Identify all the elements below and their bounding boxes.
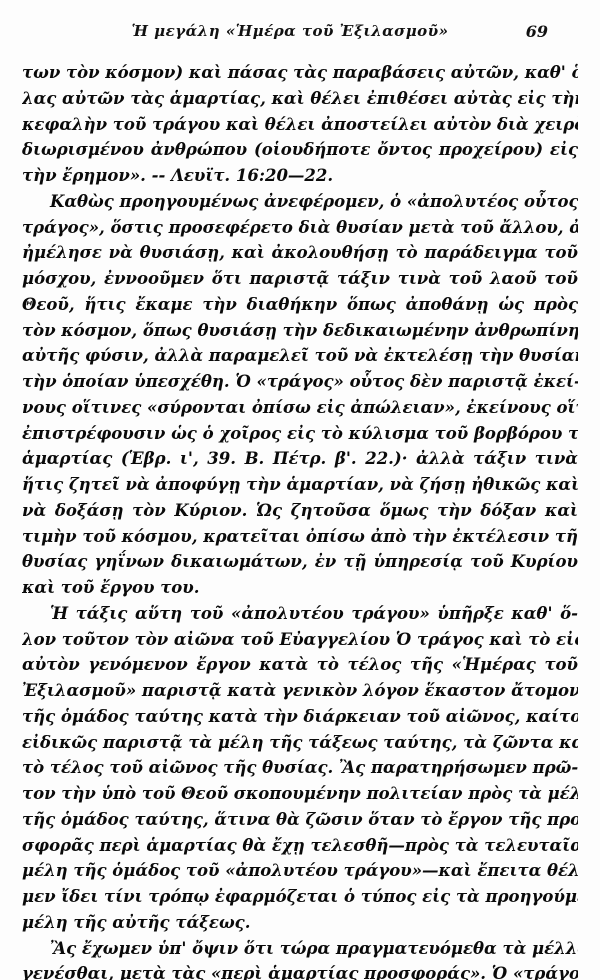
text-line: γενέσθαι, μετὰ τὰς «περὶ ἁμαρτίας προσφο… <box>22 961 578 980</box>
paragraph-start-line: Ἂς ἔχωμεν ὑπ' ὄψιν ὅτι τώρα πραγματευόμε… <box>22 936 578 962</box>
text-line: τον τὴν ὑπὸ τοῦ Θεοῦ σκοπουμένην πολιτεί… <box>22 781 578 807</box>
text-line: νους οἵτινες «σύρονται ὀπίσω εἰς ἀπώλεια… <box>22 395 578 421</box>
body-text: των τὸν κόσμον) καὶ πάσας τὰς παραβάσεις… <box>22 60 578 980</box>
text-line: τράγος», ὅστις προσεφέρετο διὰ θυσίαν με… <box>22 215 578 241</box>
text-line: σφορᾶς περὶ ἁμαρτίας θὰ ἔχῃ τελεσθῆ—πρὸς… <box>22 833 578 859</box>
page-header: Ἡ μεγάλη «Ἡμέρα τοῦ Ἐξιλασμοῦ» 69 <box>0 22 600 46</box>
text-line: τὸ τέλος τοῦ αἰῶνος τῆς θυσίας. Ἂς παρατ… <box>22 755 578 781</box>
text-line: τῆς ὁμάδος ταύτης κατὰ τὴν διάρκειαν τοῦ… <box>22 704 578 730</box>
text-line: τιμὴν τοῦ κόσμου, κρατεῖται ὀπίσω ἀπὸ τὴ… <box>22 524 578 550</box>
text-line: Θεοῦ, ἥτις ἔκαμε τὴν διαθήκην ὅπως ἀποθά… <box>22 292 578 318</box>
paragraph-start-line: Ἡ τάξις αὕτη τοῦ «ἀπολυτέου τράγου» ὑπῆρ… <box>22 601 578 627</box>
text-line: ἠμέλησε νὰ θυσιάσῃ, καὶ ἀκολουθήσῃ τὸ πα… <box>22 240 578 266</box>
text-line: κεφαλὴν τοῦ τράγου καὶ θέλει ἀποστείλει … <box>22 112 578 138</box>
text-line: τὴν ὁποίαν ὑπεσχέθη. Ὁ «τράγος» οὗτος δὲ… <box>22 369 578 395</box>
text-line: τῆς ὁμάδος ταύτης, ἅτινα θὰ ζῶσιν ὅταν τ… <box>22 807 578 833</box>
text-line: νὰ δοξάσῃ τὸν Κύριον. Ὡς ζητοῦσα ὅμως τὴ… <box>22 498 578 524</box>
running-title: Ἡ μεγάλη «Ἡμέρα τοῦ Ἐξιλασμοῦ» <box>110 22 470 40</box>
text-line: τὴν ἔρημον». -- Λευϊτ. 16:20—22. <box>22 163 578 189</box>
text-line: λον τοῦτον τὸν αἰῶνα τοῦ Εὐαγγελίου Ὁ τρ… <box>22 627 578 653</box>
text-line: διωρισμένου ἀνθρώπου (οἱουδήποτε ὄντος π… <box>22 137 578 163</box>
text-line: των τὸν κόσμον) καὶ πάσας τὰς παραβάσεις… <box>22 60 578 86</box>
text-line: μόσχου, ἐννοοῦμεν ὅτι παριστᾷ τάξιν τινὰ… <box>22 266 578 292</box>
text-line: λας αὐτῶν τὰς ἁμαρτίας, καὶ θέλει ἐπιθέσ… <box>22 86 578 112</box>
text-line: τὸν κόσμον, ὅπως θυσιάσῃ τὴν δεδικαιωμέν… <box>22 318 578 344</box>
text-line: ἁμαρτίας (Ἑβρ. ι', 39. Β. Πέτρ. β'. 22.)… <box>22 446 578 472</box>
text-line: μέλη τῆς αὐτῆς τάξεως. <box>22 910 578 936</box>
text-line: Ἐξιλασμοῦ» παριστᾷ κατὰ γενικὸν λόγον ἕκ… <box>22 678 578 704</box>
text-line: θυσίας γηΐνων δικαιωμάτων, ἐν τῇ ὑπηρεσί… <box>22 549 578 575</box>
text-line: ἥτις ζητεῖ νὰ ἀποφύγῃ τὴν ἁμαρτίαν, νὰ ζ… <box>22 472 578 498</box>
text-line: μεν ἴδει τίνι τρόπῳ ἐφαρμόζεται ὁ τύπος … <box>22 884 578 910</box>
page-number: 69 <box>526 22 548 41</box>
text-line: αὐτὸν γενόμενον ἔργον κατὰ τὸ τέλος τῆς … <box>22 652 578 678</box>
paragraph-start-line: Καθὼς προηγουμένως ἀνεφέρομεν, ὁ «ἀπολυτ… <box>22 189 578 215</box>
book-page: Ἡ μεγάλη «Ἡμέρα τοῦ Ἐξιλασμοῦ» 69 των τὸ… <box>0 0 600 980</box>
text-line: μέλη τῆς ὁμάδος τοῦ «ἀπολυτέου τράγου»—κ… <box>22 858 578 884</box>
text-line: καὶ τοῦ ἔργου του. <box>22 575 578 601</box>
text-line: εἰδικῶς παριστᾷ τὰ μέλη τῆς τάξεως ταύτη… <box>22 730 578 756</box>
text-line: αὐτῆς φύσιν, ἀλλὰ παραμελεῖ τοῦ νὰ ἐκτελ… <box>22 343 578 369</box>
text-line: ἐπιστρέφουσιν ὡς ὁ χοῖρος εἰς τὸ κύλισμα… <box>22 421 578 447</box>
